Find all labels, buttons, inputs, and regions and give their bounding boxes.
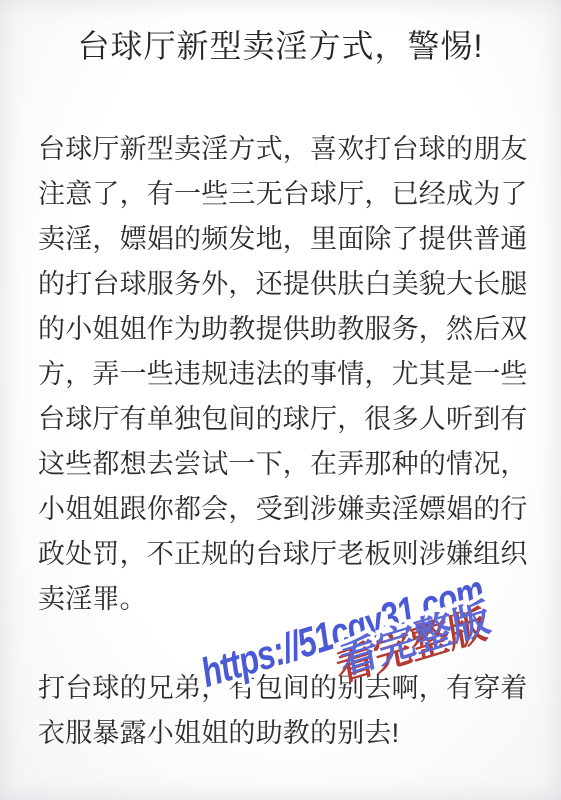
text-line: 卖淫，嫖娼的频发地，里面除了提供普通 [38, 217, 530, 262]
text-line: 政处罚，不正规的台球厅老板则涉嫌组织 [38, 532, 530, 577]
article-page: 台球厅新型卖淫方式，警惕! 台球厅新型卖淫方式，喜欢打台球的朋友注意了，有一些三… [0, 0, 561, 800]
article-title: 台球厅新型卖淫方式，警惕! [0, 0, 561, 69]
text-line: 的小姐姐作为助教提供助教服务，然后双 [38, 307, 530, 352]
text-line: 小姐姐跟你都会，受到涉嫌卖淫嫖娼的行 [38, 487, 530, 532]
text-line: 卖淫罪。 [38, 577, 530, 622]
text-line: 方，弄一些违规违法的事情，尤其是一些 [38, 352, 530, 397]
text-line: 台球厅有单独包间的球厅，很多人听到有 [38, 397, 530, 442]
text-line: 打台球的兄弟，有包间的别去啊，有穿着 [38, 666, 530, 711]
text-line: 这些都想去尝试一下，在弄那种的情况， [38, 442, 530, 487]
text-line: 注意了，有一些三无台球厅，已经成为了 [38, 172, 530, 217]
article-paragraph-1: 台球厅新型卖淫方式，喜欢打台球的朋友注意了，有一些三无台球厅，已经成为了卖淫，嫖… [38, 127, 530, 622]
text-line: 的打台球服务外，还提供肤白美貌大长腿 [38, 262, 530, 307]
text-line: 台球厅新型卖淫方式，喜欢打台球的朋友 [38, 127, 530, 172]
article-paragraph-2: 打台球的兄弟，有包间的别去啊，有穿着衣服暴露小姐姐的助教的别去! [38, 666, 530, 756]
text-line: 衣服暴露小姐姐的助教的别去! [38, 711, 530, 756]
